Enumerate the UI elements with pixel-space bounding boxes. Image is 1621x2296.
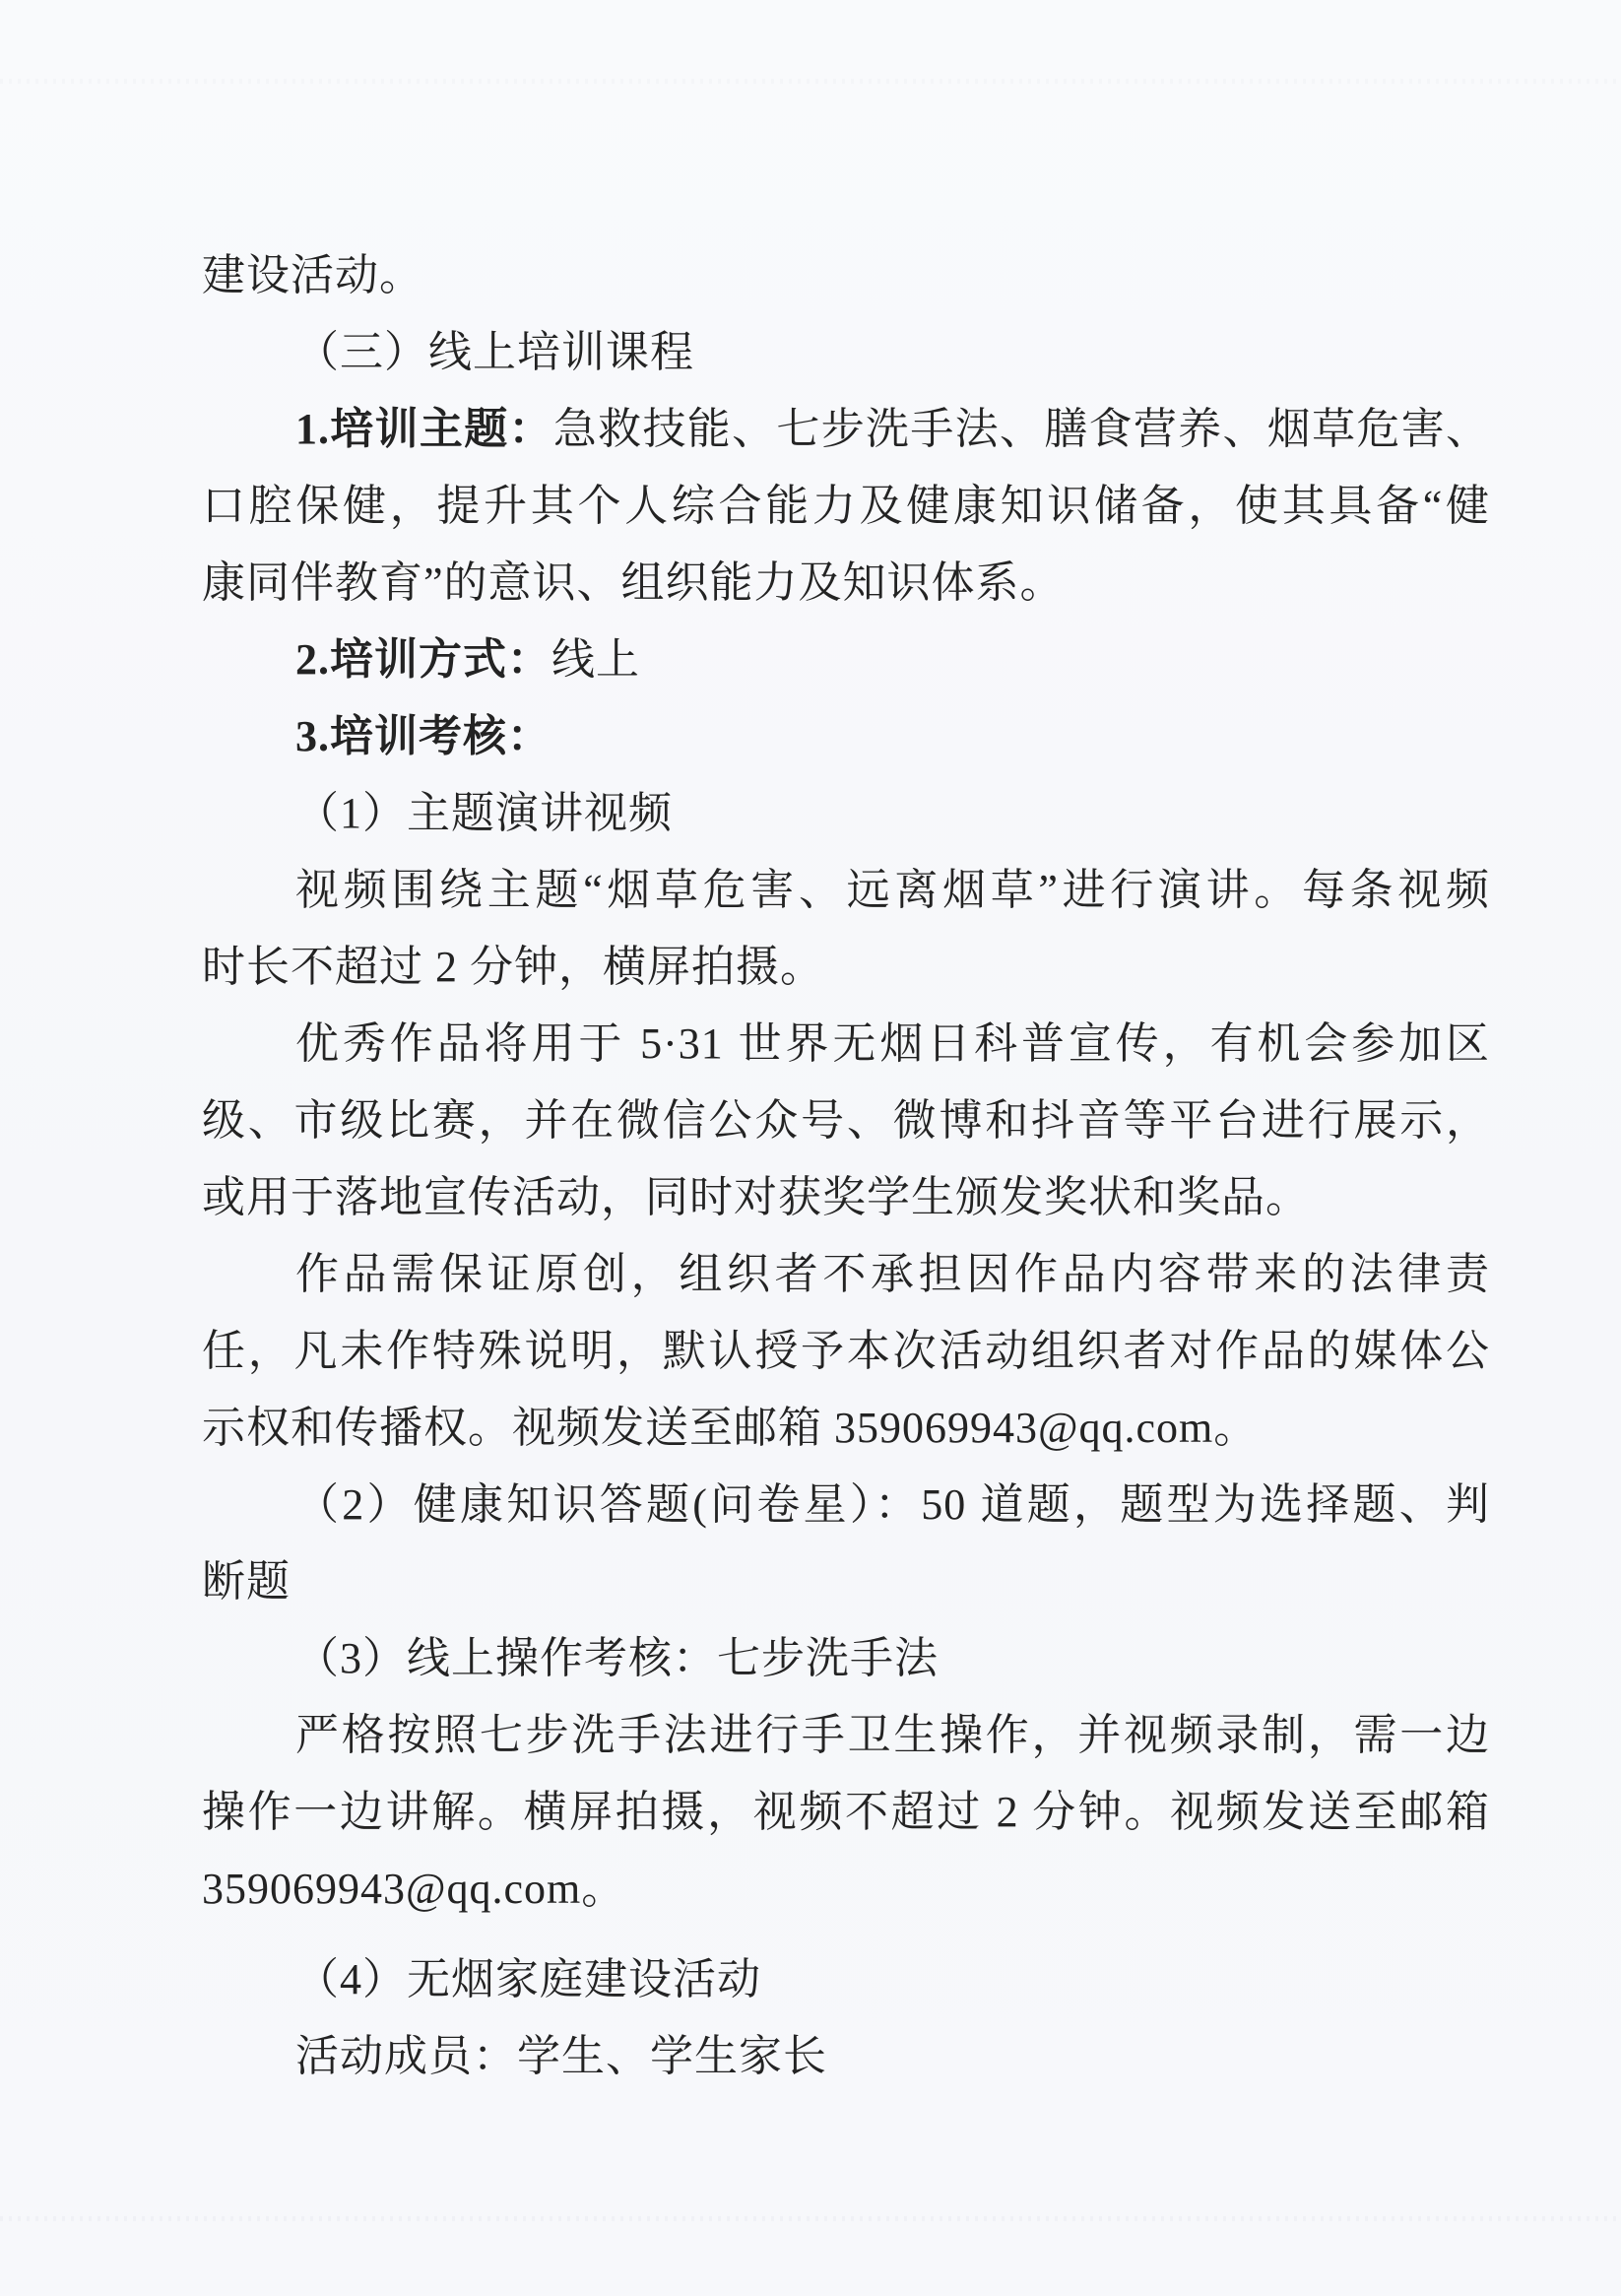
line-text: 359069943@qq.com。 bbox=[202, 1865, 625, 1913]
text-line: 康同伴教育”的意识、组织能力及知识体系。 bbox=[202, 545, 1490, 622]
bold-label: 1.培训主题： bbox=[295, 405, 553, 453]
text-line: 视频围绕主题“烟草危害、远离烟草”进行演讲。每条视频 bbox=[202, 852, 1490, 929]
text-line: 断题 bbox=[202, 1543, 1490, 1620]
document-page: 建设活动。（三）线上培训课程1.培训主题：急救技能、七步洗手法、膳食营养、烟草危… bbox=[0, 0, 1621, 2296]
text-line: 3.培训考核： bbox=[202, 698, 1490, 775]
text-line: 任，凡未作特殊说明，默认授予本次活动组织者对作品的媒体公 bbox=[202, 1313, 1490, 1390]
text-line: （2）健康知识答题(问卷星）：50 道题，题型为选择题、判 bbox=[202, 1467, 1490, 1543]
line-text: 时长不超过 2 分钟，横屏拍摄。 bbox=[202, 943, 824, 991]
bold-label: 3.培训考核： bbox=[295, 712, 551, 760]
line-text: （1）主题演讲视频 bbox=[295, 789, 673, 837]
line-text: 或用于落地宣传活动，同时对获奖学生颁发奖状和奖品。 bbox=[202, 1173, 1310, 1221]
line-text: 操作一边讲解。横屏拍摄，视频不超过 2 分钟。视频发送至邮箱 bbox=[202, 1788, 1490, 1836]
text-line: （三）线上培训课程 bbox=[202, 314, 1490, 391]
text-line: （4）无烟家庭建设活动 bbox=[202, 1941, 1490, 2018]
line-text: 任，凡未作特殊说明，默认授予本次活动组织者对作品的媒体公 bbox=[202, 1327, 1490, 1375]
line-text: 活动成员：学生、学生家长 bbox=[295, 2032, 827, 2080]
text-line: 作品需保证原创，组织者不承担因作品内容带来的法律责 bbox=[202, 1236, 1490, 1313]
text-line: 级、市级比赛，并在微信公众号、微博和抖音等平台进行展示， bbox=[202, 1082, 1490, 1159]
line-text: （3）线上操作考核：七步洗手法 bbox=[295, 1634, 939, 1682]
line-text: （4）无烟家庭建设活动 bbox=[295, 1955, 761, 2003]
line-text: 级、市级比赛，并在微信公众号、微博和抖音等平台进行展示， bbox=[202, 1096, 1490, 1145]
line-text: 作品需保证原创，组织者不承担因作品内容带来的法律责 bbox=[295, 1250, 1490, 1298]
text-line: 建设活动。 bbox=[202, 237, 1490, 314]
bold-label: 2.培训方式： bbox=[295, 635, 551, 684]
line-text: 示权和传播权。视频发送至邮箱 359069943@qq.com。 bbox=[202, 1404, 1258, 1452]
text-line: （1）主题演讲视频 bbox=[202, 775, 1490, 852]
text-line: （3）线上操作考核：七步洗手法 bbox=[202, 1620, 1490, 1697]
text-line: 示权和传播权。视频发送至邮箱 359069943@qq.com。 bbox=[202, 1390, 1490, 1467]
text-line: 口腔保健，提升其个人综合能力及健康知识储备，使其具备“健 bbox=[202, 468, 1490, 545]
text-line: 时长不超过 2 分钟，横屏拍摄。 bbox=[202, 929, 1490, 1006]
line-text: 断题 bbox=[202, 1557, 291, 1606]
text-line: 活动成员：学生、学生家长 bbox=[202, 2018, 1490, 2095]
line-text: （2）健康知识答题(问卷星）：50 道题，题型为选择题、判 bbox=[295, 1480, 1490, 1529]
text-line: 359069943@qq.com。 bbox=[202, 1851, 1490, 1928]
text-line: 2.培训方式：线上 bbox=[202, 622, 1490, 698]
line-text: 建设活动。 bbox=[202, 251, 423, 299]
text-line: 优秀作品将用于 5·31 世界无烟日科普宣传，有机会参加区 bbox=[202, 1006, 1490, 1082]
line-text: 康同伴教育”的意识、组织能力及知识体系。 bbox=[202, 558, 1065, 607]
text-line: 或用于落地宣传活动，同时对获奖学生颁发奖状和奖品。 bbox=[202, 1159, 1490, 1236]
line-text: 严格按照七步洗手法进行手卫生操作，并视频录制，需一边 bbox=[295, 1711, 1490, 1759]
line-text: 口腔保健，提升其个人综合能力及健康知识储备，使其具备“健 bbox=[202, 482, 1490, 530]
text-line: 严格按照七步洗手法进行手卫生操作，并视频录制，需一边 bbox=[202, 1697, 1490, 1774]
line-text: （三）线上培训课程 bbox=[295, 328, 694, 376]
document-body: 建设活动。（三）线上培训课程1.培训主题：急救技能、七步洗手法、膳食营养、烟草危… bbox=[202, 237, 1490, 2095]
line-text: 急救技能、七步洗手法、膳食营养、烟草危害、 bbox=[553, 405, 1490, 453]
line-text: 线上 bbox=[551, 635, 640, 684]
text-line: 1.培训主题：急救技能、七步洗手法、膳食营养、烟草危害、 bbox=[202, 391, 1490, 468]
line-text: 视频围绕主题“烟草危害、远离烟草”进行演讲。每条视频 bbox=[295, 866, 1490, 914]
scan-noise-band bbox=[0, 79, 1621, 84]
scan-noise-band bbox=[0, 2216, 1621, 2221]
line-text: 优秀作品将用于 5·31 世界无烟日科普宣传，有机会参加区 bbox=[295, 1019, 1490, 1068]
text-line: 操作一边讲解。横屏拍摄，视频不超过 2 分钟。视频发送至邮箱 bbox=[202, 1774, 1490, 1851]
